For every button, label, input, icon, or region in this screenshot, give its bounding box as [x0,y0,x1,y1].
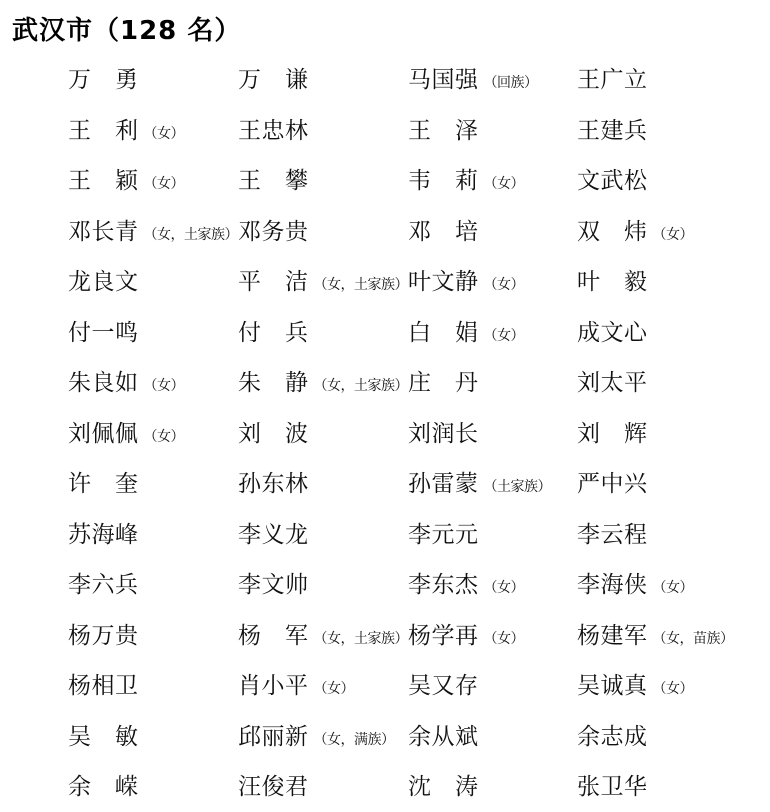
person-cell: 刘 波 [238,409,309,459]
gender-ethnicity-note: （女，土家族） [314,631,409,647]
person-cell: 王 攀 [238,156,309,206]
person-name: 朱 静 [238,370,309,396]
person-name: 叶 毅 [577,269,648,295]
person-name: 刘 辉 [577,421,648,447]
person-name: 付 兵 [238,320,309,346]
person-name: 苏海峰 [68,522,139,548]
person-name: 邱丽新 [238,724,309,750]
person-cell: 杨 军（女，土家族） [238,611,408,661]
person-name: 吴诚真 [577,673,648,699]
person-cell: 余从斌 [408,712,479,762]
person-name: 杨学再 [408,623,479,649]
person-name: 王 攀 [238,168,309,194]
person-cell: 苏海峰 [68,510,139,560]
person-cell: 刘 辉 [577,409,648,459]
person-name: 成文心 [577,320,648,346]
person-name: 严中兴 [577,471,648,497]
person-cell: 付 兵 [238,308,309,358]
person-name: 庄 丹 [408,370,479,396]
person-name: 平 洁 [238,269,309,295]
gender-ethnicity-note: （女，满族） [314,732,395,748]
person-name: 余从斌 [408,724,479,750]
person-cell: 平 洁（女，土家族） [238,257,408,307]
person-name: 双 炜 [577,219,648,245]
person-name: 张卫华 [577,774,648,800]
person-cell: 余 嵘 [68,762,139,812]
person-name: 邓长青 [68,219,139,245]
person-name: 文武松 [577,168,648,194]
gender-ethnicity-note: （女） [144,126,185,142]
roster-row: 龙良文平 洁（女，土家族）叶文静（女）叶 毅 [0,257,770,307]
gender-ethnicity-note: （女） [484,580,525,596]
roster-row: 李六兵李文帅李东杰（女）李海侠（女） [0,560,770,610]
person-cell: 杨建军（女，苗族） [577,611,734,661]
person-name: 刘佩佩 [68,421,139,447]
person-cell: 王 泽 [408,106,479,156]
person-cell: 吴 敏 [68,712,139,762]
person-cell: 杨万贵 [68,611,139,661]
person-cell: 韦 莉（女） [408,156,524,206]
gender-ethnicity-note: （女，土家族） [314,277,409,293]
person-cell: 庄 丹 [408,358,479,408]
person-cell: 王建兵 [577,106,648,156]
gender-ethnicity-note: （女） [144,176,185,192]
person-name: 杨建军 [577,623,648,649]
person-cell: 许 奎 [68,459,139,509]
gender-ethnicity-note: （土家族） [484,479,552,495]
gender-ethnicity-note: （女，苗族） [653,631,734,647]
person-name: 王广立 [577,67,648,93]
roster-row: 王 颖（女）王 攀韦 莉（女）文武松 [0,156,770,206]
person-name: 沈 涛 [408,774,479,800]
gender-ethnicity-note: （女） [653,681,694,697]
gender-ethnicity-note: （女） [144,378,185,394]
person-cell: 李云程 [577,510,648,560]
person-name: 吴又存 [408,673,479,699]
person-cell: 成文心 [577,308,648,358]
person-cell: 万 勇 [68,55,139,105]
person-cell: 吴又存 [408,661,479,711]
gender-ethnicity-note: （女） [653,227,694,243]
gender-ethnicity-note: （女） [484,328,525,344]
gender-ethnicity-note: （女） [484,277,525,293]
person-name: 李东杰 [408,572,479,598]
person-cell: 李义龙 [238,510,309,560]
person-cell: 李六兵 [68,560,139,610]
person-name: 刘 波 [238,421,309,447]
person-name: 孙东林 [238,471,309,497]
person-name: 王 颖 [68,168,139,194]
person-cell: 张卫华 [577,762,648,812]
person-name: 王建兵 [577,118,648,144]
gender-ethnicity-note: （女，土家族） [144,227,239,243]
person-cell: 孙雷蒙（土家族） [408,459,551,509]
person-cell: 叶文静（女） [408,257,524,307]
person-cell: 付一鸣 [68,308,139,358]
person-name: 朱良如 [68,370,139,396]
person-name: 王 利 [68,118,139,144]
roster-row: 余 嵘汪俊君沈 涛张卫华 [0,762,770,812]
person-cell: 杨相卫 [68,661,139,711]
person-cell: 邓务贵 [238,207,309,257]
person-name: 李六兵 [68,572,139,598]
person-cell: 龙良文 [68,257,139,307]
person-name: 李义龙 [238,522,309,548]
person-name: 汪俊君 [238,774,309,800]
person-name: 万 谦 [238,67,309,93]
person-name: 吴 敏 [68,724,139,750]
roster-row: 刘佩佩（女）刘 波刘润长刘 辉 [0,409,770,459]
gender-ethnicity-note: （女） [314,681,355,697]
person-cell: 文武松 [577,156,648,206]
person-cell: 邱丽新（女，满族） [238,712,395,762]
roster-row: 朱良如（女）朱 静（女，土家族）庄 丹刘太平 [0,358,770,408]
person-cell: 李东杰（女） [408,560,524,610]
person-cell: 万 谦 [238,55,309,105]
person-name: 付一鸣 [68,320,139,346]
person-cell: 王 颖（女） [68,156,184,206]
person-name: 马国强 [408,67,479,93]
person-name: 邓务贵 [238,219,309,245]
person-name: 王忠林 [238,118,309,144]
gender-ethnicity-note: （女） [484,631,525,647]
roster-row: 杨相卫肖小平（女）吴又存吴诚真（女） [0,661,770,711]
person-name: 邓 培 [408,219,479,245]
person-name: 白 娟 [408,320,479,346]
person-name: 刘太平 [577,370,648,396]
person-cell: 孙东林 [238,459,309,509]
gender-ethnicity-note: （回族） [484,75,538,91]
person-name: 万 勇 [68,67,139,93]
person-cell: 朱 静（女，土家族） [238,358,408,408]
person-cell: 王忠林 [238,106,309,156]
person-cell: 吴诚真（女） [577,661,693,711]
person-name: 许 奎 [68,471,139,497]
gender-ethnicity-note: （女） [144,429,185,445]
person-name: 杨相卫 [68,673,139,699]
gender-ethnicity-note: （女，土家族） [314,378,409,394]
person-cell: 严中兴 [577,459,648,509]
person-name: 王 泽 [408,118,479,144]
person-cell: 邓 培 [408,207,479,257]
person-cell: 杨学再（女） [408,611,524,661]
person-cell: 李元元 [408,510,479,560]
person-cell: 王广立 [577,55,648,105]
person-name: 叶文静 [408,269,479,295]
person-name: 李海侠 [577,572,648,598]
person-name: 孙雷蒙 [408,471,479,497]
person-name: 余志成 [577,724,648,750]
person-cell: 双 炜（女） [577,207,693,257]
person-cell: 白 娟（女） [408,308,524,358]
document-page: 武汉市（128 名） 万 勇万 谦马国强（回族）王广立王 利（女）王忠林王 泽王… [0,0,770,812]
gender-ethnicity-note: （女） [484,176,525,192]
person-cell: 刘润长 [408,409,479,459]
person-name: 李元元 [408,522,479,548]
person-cell: 余志成 [577,712,648,762]
roster-row: 付一鸣付 兵白 娟（女）成文心 [0,308,770,358]
person-cell: 王 利（女） [68,106,184,156]
person-name: 杨 军 [238,623,309,649]
person-name: 韦 莉 [408,168,479,194]
roster-row: 许 奎孙东林孙雷蒙（土家族）严中兴 [0,459,770,509]
person-name: 肖小平 [238,673,309,699]
page-title: 武汉市（128 名） [12,10,241,47]
roster-row: 杨万贵杨 军（女，土家族）杨学再（女）杨建军（女，苗族） [0,611,770,661]
person-cell: 马国强（回族） [408,55,538,105]
person-cell: 叶 毅 [577,257,648,307]
person-name: 李文帅 [238,572,309,598]
person-cell: 李文帅 [238,560,309,610]
person-cell: 刘太平 [577,358,648,408]
person-cell: 邓长青（女，土家族） [68,207,238,257]
gender-ethnicity-note: （女） [653,580,694,596]
person-name: 刘润长 [408,421,479,447]
roster-row: 苏海峰李义龙李元元李云程 [0,510,770,560]
roster-row: 邓长青（女，土家族）邓务贵邓 培双 炜（女） [0,207,770,257]
person-cell: 刘佩佩（女） [68,409,184,459]
person-cell: 沈 涛 [408,762,479,812]
person-cell: 汪俊君 [238,762,309,812]
person-cell: 肖小平（女） [238,661,354,711]
person-name: 余 嵘 [68,774,139,800]
person-cell: 朱良如（女） [68,358,184,408]
roster-row: 万 勇万 谦马国强（回族）王广立 [0,55,770,105]
person-name: 龙良文 [68,269,139,295]
roster-row: 吴 敏邱丽新（女，满族）余从斌余志成 [0,712,770,762]
roster-row: 王 利（女）王忠林王 泽王建兵 [0,106,770,156]
person-name: 杨万贵 [68,623,139,649]
person-cell: 李海侠（女） [577,560,693,610]
person-name: 李云程 [577,522,648,548]
